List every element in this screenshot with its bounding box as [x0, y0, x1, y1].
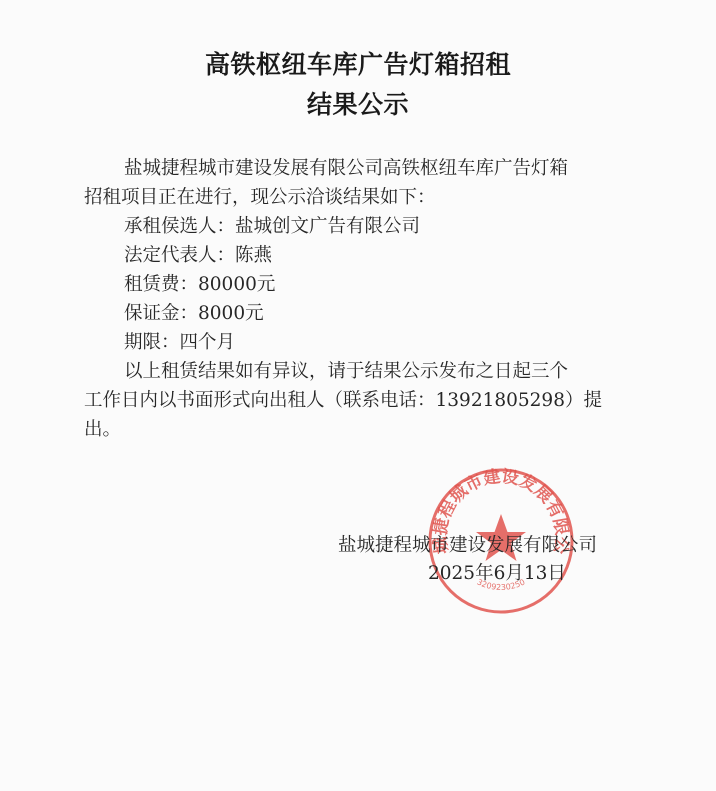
field-legal-representative: 法定代表人：陈燕 — [124, 245, 272, 267]
field-rent: 租赁费：80000元 — [124, 274, 275, 296]
field-label: 法定代表人： — [124, 245, 235, 266]
signature-date: 2025年6月13日 — [428, 563, 566, 585]
document-page: 高铁枢纽车库广告灯箱招租 结果公示 盐城捷程城市建设发展有限公司高铁枢纽车库广告… — [0, 0, 716, 791]
field-label: 租赁费： — [124, 274, 198, 295]
field-candidate: 承租侯选人：盐城创文广告有限公司 — [124, 216, 420, 238]
intro-paragraph-line-2: 招租项目正在进行，现公示洽谈结果如下： — [84, 187, 436, 209]
field-term: 期限：四个月 — [124, 332, 235, 354]
field-value: 四个月 — [180, 332, 236, 353]
field-deposit: 保证金：8000元 — [124, 303, 264, 325]
document-subtitle: 结果公示 — [0, 85, 716, 121]
signature-company: 盐城捷程城市建设发展有限公司 — [338, 535, 597, 557]
document-title: 高铁枢纽车库广告灯箱招租 — [0, 45, 716, 81]
field-label: 承租侯选人： — [124, 216, 235, 237]
field-value: 80000元 — [198, 274, 275, 295]
field-value: 盐城创文广告有限公司 — [235, 216, 420, 237]
field-value: 8000元 — [198, 303, 264, 324]
notice-paragraph-line-3: 出。 — [84, 419, 121, 441]
intro-paragraph-line-1: 盐城捷程城市建设发展有限公司高铁枢纽车库广告灯箱 — [124, 158, 568, 180]
field-value: 陈燕 — [235, 245, 272, 266]
field-label: 期限： — [124, 332, 180, 353]
notice-paragraph-line-1: 以上租赁结果如有异议，请于结果公示发布之日起三个 — [124, 361, 568, 383]
notice-paragraph-line-2: 工作日内以书面形式向出租人（联系电话：13921805298）提 — [84, 390, 602, 412]
field-label: 保证金： — [124, 303, 198, 324]
